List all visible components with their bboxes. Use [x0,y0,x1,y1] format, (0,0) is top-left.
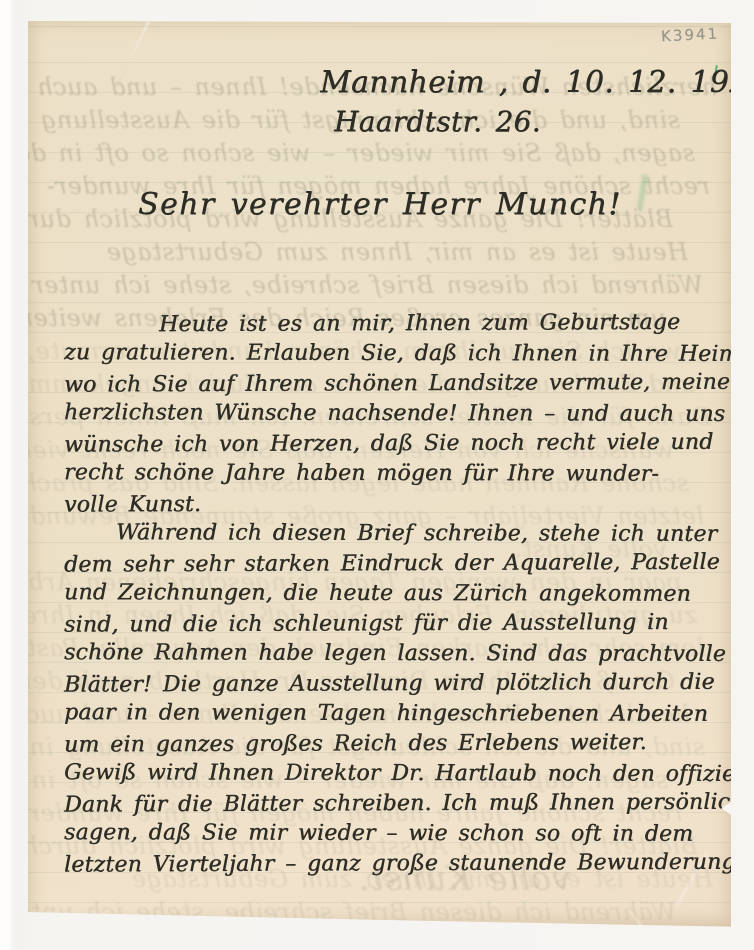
letter-line: sind, und die ich schleunigst für die Au… [64,607,754,640]
letter-line: zu gratulieren. Erlauben Sie, daß ich Ih… [64,338,754,370]
letter-page: herzlichsten Wünsche nachsende! Ihnen – … [28,21,731,927]
letter-line: sagen, daß Sie mir wieder – wie schon so… [64,818,754,850]
letter-line: Dank für die Blätter schreiben. Ich muß … [64,787,754,820]
letter-line: und Zeichnungen, die heute aus Zürich an… [64,578,754,610]
bleedthrough-line: sagen, daß Sie mir wieder – wie schon so… [0,139,695,167]
letter-body: Heute ist es an mir, Ihnen zum Geburtsta… [64,309,754,879]
bleedthrough-line: Heute ist es an mir, Ihnen zum Geburtsta… [106,238,688,266]
dateline: Mannheim , d. 10. 12. 1926. [320,65,754,100]
letter-line: Während ich diesen Brief schreibe, stehe… [64,518,754,550]
letter-line: wünsche ich von Herzen, daß Sie noch rec… [64,427,754,460]
letter-line: um ein ganzes großes Reich des Erlebens … [64,727,754,760]
letter-line: paar in den wenigen Tagen hingeschrieben… [64,698,754,730]
address-line: Haardtstr. 26. [334,105,541,138]
letter-line: letzten Vierteljahr – ganz große staunen… [64,847,754,880]
archive-number: K3941 [661,24,720,45]
letter-line: recht schöne Jahre haben mögen für Ihre … [64,458,754,490]
letter-line: herzlichsten Wünsche nachsende! Ihnen – … [64,398,754,430]
letter-line: Gewiß wird Ihnen Direktor Dr. Hartlaub n… [64,758,754,790]
scanned-letter: herzlichsten Wünsche nachsende! Ihnen – … [0,0,754,950]
bleedthrough-line: Während ich diesen Brief schreibe, stehe… [5,898,676,926]
salutation: Sehr verehrter Herr Munch! [138,187,622,222]
letter-line: Heute ist es an mir, Ihnen zum Geburtsta… [64,307,754,340]
letter-line: volle Kunst. [64,487,754,520]
paper-crease-topleft [116,20,150,87]
letter-line: dem sehr sehr starken Eindruck der Aquar… [64,547,754,580]
letter-line: wo ich Sie auf Ihrem schönen Landsitze v… [64,367,754,400]
bleedthrough-line: Während ich diesen Brief schreibe, stehe… [32,271,703,299]
letter-line: schöne Rahmen habe legen lassen. Sind da… [64,638,754,670]
letter-line: Blätter! Die ganze Ausstellung wird plöt… [64,667,754,700]
green-smudge [637,174,648,210]
